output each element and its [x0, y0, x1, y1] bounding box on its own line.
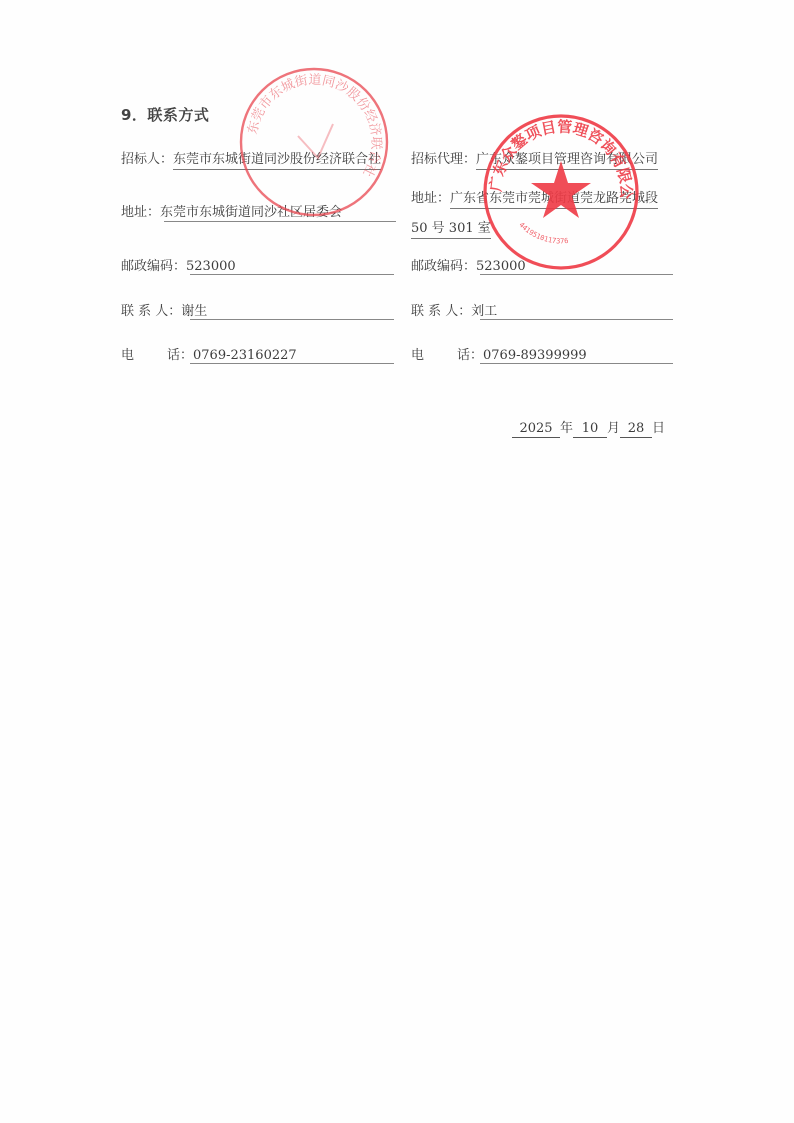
- date-month: 10: [573, 421, 607, 438]
- tenderer-postcode-field: 邮政编码：523000: [121, 258, 236, 275]
- date-year-unit: 年: [560, 421, 573, 436]
- date-line: 2025年10月28日: [512, 417, 665, 438]
- agent-phone-field: 电话：0769-89399999: [411, 347, 587, 364]
- agent-postcode-value: 523000: [476, 259, 526, 274]
- agent-postcode-field: 邮政编码：523000: [411, 258, 526, 275]
- agent-phone-label-1: 电: [411, 347, 457, 364]
- agent-address-label: 地址：: [411, 190, 450, 207]
- tenderer-address-field: 地址：东莞市东城街道同沙社区居委会: [121, 204, 342, 221]
- agent-contact-underline: [480, 319, 673, 320]
- tenderer-name-label: 招标人：: [121, 151, 173, 168]
- date-day: 28: [620, 421, 652, 438]
- date-month-unit: 月: [607, 421, 620, 436]
- tenderer-name-value: 东莞市东城街道同沙股份经济联合社: [173, 151, 381, 170]
- agent-postcode-underline: [480, 274, 673, 275]
- tenderer-address-underline: [164, 221, 396, 222]
- agent-phone-value: 0769-89399999: [483, 348, 587, 363]
- tenderer-address-value: 东莞市东城街道同沙社区居委会: [160, 205, 342, 220]
- date-day-unit: 日: [652, 421, 665, 436]
- agent-name-value: 广东众鏊项目管理咨询有限公司: [476, 151, 658, 170]
- agent-contact-field: 联 系 人：刘工: [411, 303, 497, 320]
- tenderer-contact-field: 联 系 人：谢生: [121, 303, 207, 320]
- tenderer-postcode-label: 邮政编码：: [121, 258, 186, 275]
- agent-phone-underline: [480, 363, 673, 364]
- tenderer-seal-stamp: 东莞市东城街道同沙股份经济联合社: [238, 66, 390, 218]
- agent-contact-label: 联 系 人：: [411, 303, 471, 320]
- tenderer-phone-label-2: 话：: [167, 348, 193, 363]
- tenderer-name-field: 招标人：东莞市东城街道同沙股份经济联合社: [121, 151, 381, 170]
- tenderer-address-label: 地址：: [121, 204, 160, 221]
- tenderer-contact-underline: [190, 319, 394, 320]
- date-year: 2025: [512, 421, 560, 438]
- section-heading: 9．联系方式: [121, 104, 209, 125]
- agent-address-field: 地址：广东省东莞市莞城街道莞龙路莞城段: [411, 190, 658, 209]
- agent-address-value-line1: 广东省东莞市莞城街道莞龙路莞城段: [450, 190, 658, 209]
- tenderer-phone-label-1: 电: [121, 347, 167, 364]
- tenderer-postcode-underline: [190, 274, 394, 275]
- tenderer-phone-field: 电话：0769-23160227: [121, 347, 297, 364]
- tenderer-phone-underline: [190, 363, 394, 364]
- tenderer-phone-value: 0769-23160227: [193, 348, 297, 363]
- agent-seal-code: 4419510117376: [517, 221, 568, 246]
- agent-address-value-line2: 50 号 301 室: [411, 220, 491, 239]
- agent-contact-value: 刘工: [471, 304, 497, 319]
- agent-phone-label-2: 话：: [457, 348, 483, 363]
- tenderer-contact-label: 联 系 人：: [121, 303, 181, 320]
- document-page: 9．联系方式 招标人：东莞市东城街道同沙股份经济联合社 地址：东莞市东城街道同沙…: [0, 0, 794, 1123]
- tenderer-postcode-value: 523000: [186, 259, 236, 274]
- agent-name-label: 招标代理：: [411, 151, 476, 168]
- tenderer-contact-value: 谢生: [181, 304, 207, 319]
- agent-name-field: 招标代理：广东众鏊项目管理咨询有限公司: [411, 151, 658, 170]
- agent-postcode-label: 邮政编码：: [411, 258, 476, 275]
- agent-address-field-line2: 50 号 301 室: [411, 220, 491, 239]
